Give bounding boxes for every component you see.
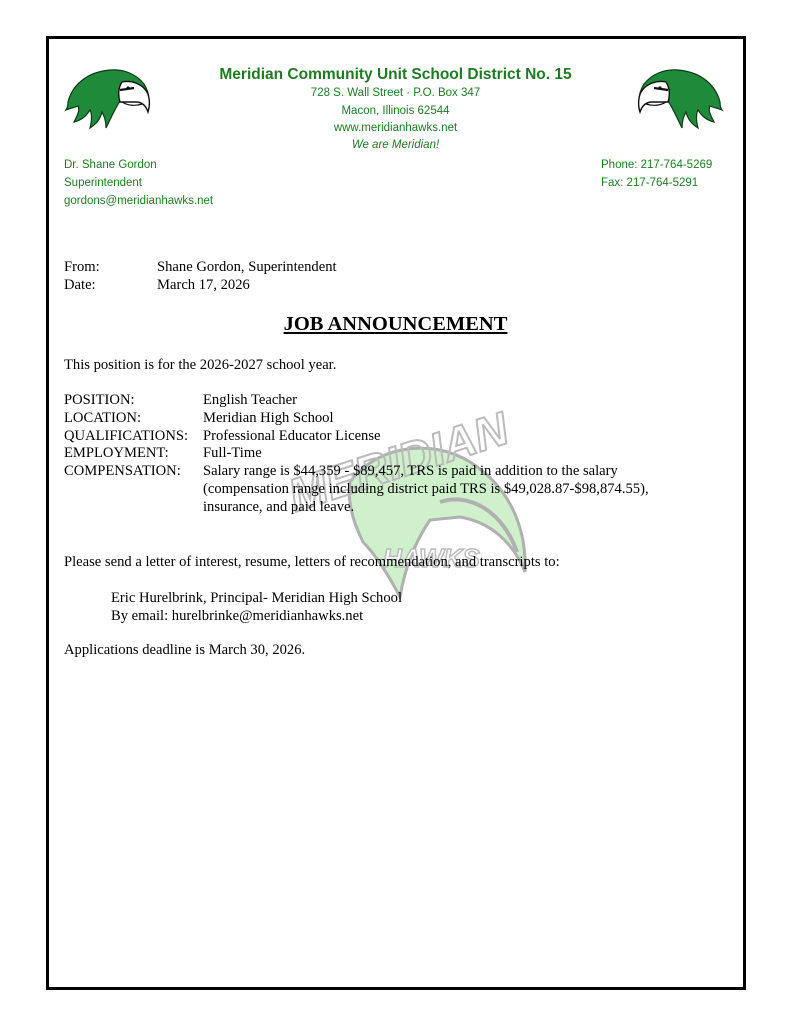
contact-email[interactable]: By email: hurelbrinke@meridianhawks.net: [111, 607, 402, 625]
fax: Fax: 217-764-5291: [601, 174, 712, 192]
superintendent-name: Dr. Shane Gordon: [64, 156, 213, 174]
from-label: From:: [64, 259, 157, 276]
address-line-2: Macon, Illinois 62544: [0, 105, 791, 117]
date-value: March 17, 2026: [157, 277, 250, 293]
tagline: We are Meridian!: [0, 139, 791, 151]
memo-date: Date:March 17, 2026: [64, 277, 250, 294]
date-label: Date:: [64, 277, 157, 294]
superintendent-title: Superintendent: [64, 174, 213, 192]
phone: Phone: 217-764-5269: [601, 156, 712, 174]
detail-row-compensation: COMPENSATION: Salary range is $44,359 - …: [64, 463, 703, 516]
position-details: POSITION: English Teacher LOCATION: Meri…: [64, 392, 703, 517]
contact-name: Eric Hurelbrink, Principal- Meridian Hig…: [111, 589, 402, 607]
detail-row-qualifications: QUALIFICATIONS: Professional Educator Li…: [64, 428, 703, 446]
application-contact: Eric Hurelbrink, Principal- Meridian Hig…: [111, 589, 402, 625]
intro-paragraph: This position is for the 2026-2027 schoo…: [64, 357, 336, 374]
deadline-paragraph: Applications deadline is March 30, 2026.: [64, 642, 305, 659]
superintendent-email: gordons@meridianhawks.net: [64, 192, 213, 210]
from-value: Shane Gordon, Superintendent: [157, 259, 337, 275]
instructions-paragraph: Please send a letter of interest, resume…: [64, 554, 560, 571]
district-phone-fax: Phone: 217-764-5269 Fax: 217-764-5291: [601, 156, 712, 192]
memo-from: From:Shane Gordon, Superintendent: [64, 259, 337, 276]
detail-row-position: POSITION: English Teacher: [64, 392, 703, 410]
website: www.meridianhawks.net: [0, 122, 791, 134]
document-title: JOB ANNOUNCEMENT: [0, 313, 791, 336]
address-line-1: 728 S. Wall Street · P.O. Box 347: [0, 87, 791, 99]
org-name: Meridian Community Unit School District …: [0, 66, 791, 84]
detail-row-employment: EMPLOYMENT: Full-Time: [64, 445, 703, 463]
superintendent-contact: Dr. Shane Gordon Superintendent gordons@…: [64, 156, 213, 210]
detail-row-location: LOCATION: Meridian High School: [64, 410, 703, 428]
